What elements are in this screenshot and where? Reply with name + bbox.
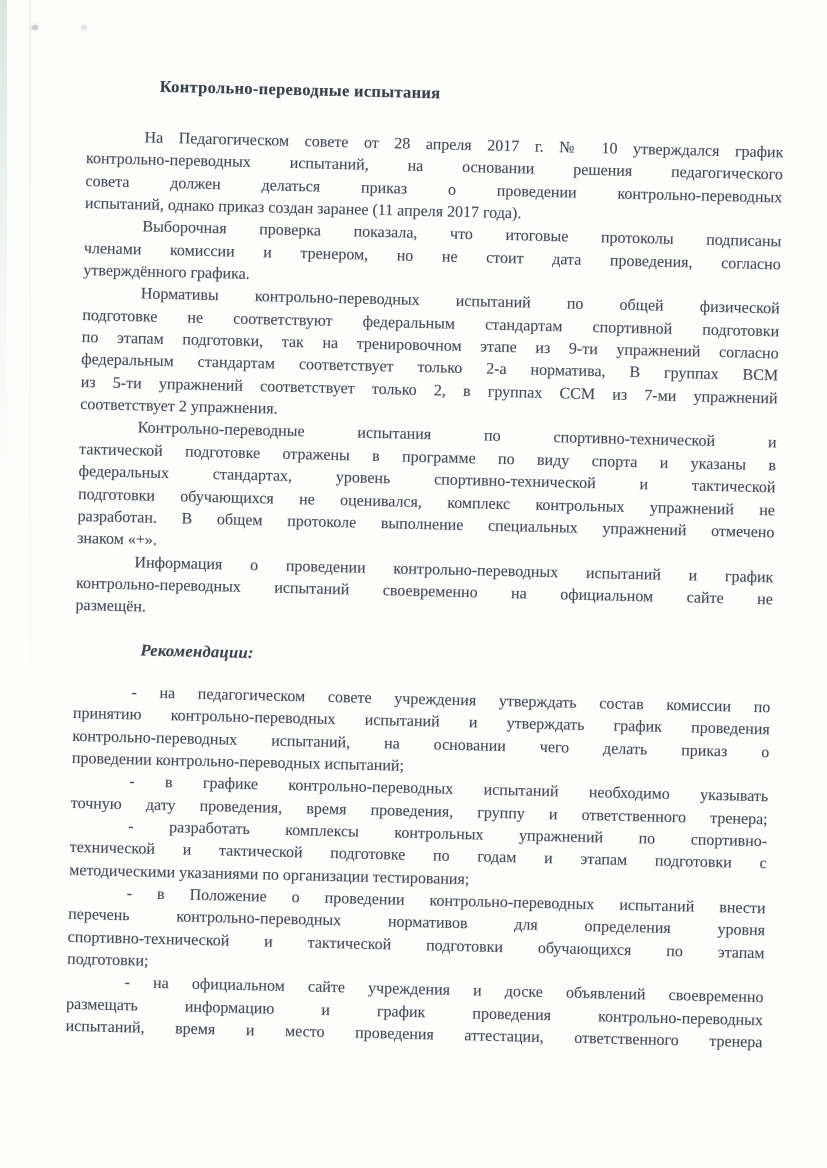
body-paragraphs: На Педагогическом совете от 28 апреля 20… bbox=[75, 126, 783, 634]
scan-speck bbox=[81, 25, 87, 30]
paragraph: Нормативы контрольно-переводных испытани… bbox=[80, 282, 780, 432]
document-title: Контрольно-переводные испытания bbox=[87, 74, 784, 112]
scan-edge-shadow bbox=[0, 0, 7, 470]
paragraph: Контрольно-переводные испытания по спорт… bbox=[77, 416, 777, 566]
recommendations-list: - на педагогическом совете учреждения ут… bbox=[65, 681, 770, 1055]
recommendation-item: - в Положение о проведении контрольно-пе… bbox=[67, 882, 766, 988]
paragraph: На Педагогическом совете от 28 апреля 20… bbox=[85, 126, 784, 232]
scan-speck bbox=[32, 25, 38, 30]
recommendations-heading: Рекомендации: bbox=[74, 637, 771, 676]
document-content: Контрольно-переводные испытания На Педаг… bbox=[65, 74, 785, 1055]
scan-fold-line bbox=[29, 0, 31, 1050]
scanned-page: { "document": { "title": "Контрольно-пер… bbox=[0, 0, 827, 1168]
recommendation-item: - на педагогическом совете учреждения ут… bbox=[72, 681, 771, 787]
